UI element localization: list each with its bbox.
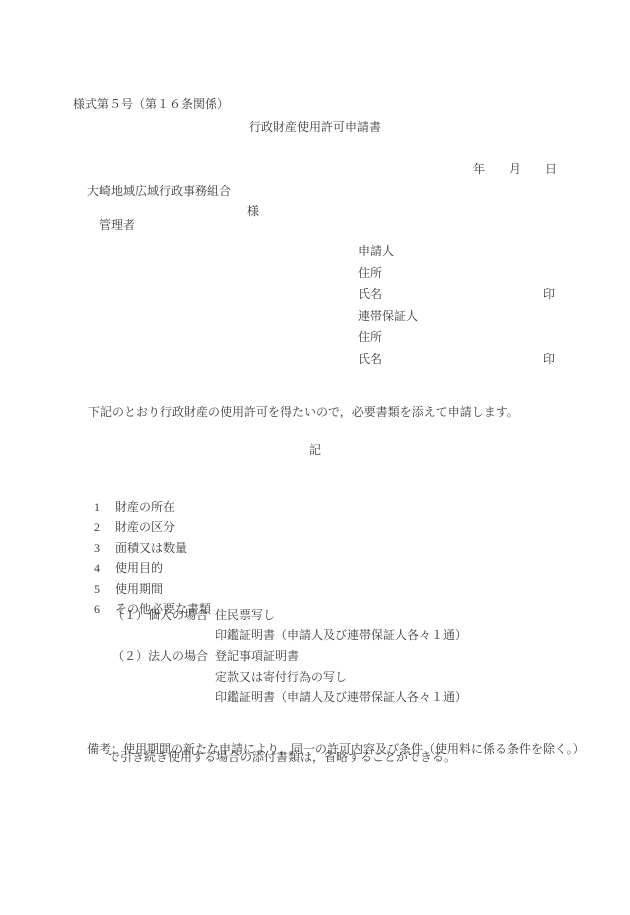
guarantor-seal-mark: 印 <box>543 352 555 366</box>
addressee-organization: 大崎地域広域行政事務組合 <box>87 184 231 198</box>
addressee-line: 管理者 様 <box>87 204 337 260</box>
guarantor-name-label: 氏名 <box>358 352 382 366</box>
date-line: 年 月 日 <box>473 162 557 176</box>
guarantor-label: 連帯保証人 <box>358 309 418 323</box>
applicant-name-label: 氏名 <box>358 287 382 301</box>
addressee-role: 管理者 <box>99 218 135 232</box>
attachment-doc: 住民票写し <box>215 608 275 622</box>
remarks-line-2: で引き続き使用する場合の添付書類は，省略することができる。 <box>108 750 456 764</box>
guarantor-address-label: 住所 <box>358 330 382 344</box>
addressee-honorific: 様 <box>247 204 259 218</box>
attachment-corporate-label: （２）法人の場合 <box>112 649 208 663</box>
applicant-address-label: 住所 <box>358 266 382 280</box>
attachment-doc: 印鑑証明書（申請人及び連帯保証人各々１通） <box>215 690 467 704</box>
application-form-page: 様式第５号（第１６条関係） 行政財産使用許可申請書 年 月 日 大崎地域広域行政… <box>0 0 630 915</box>
attachment-doc: 印鑑証明書（申請人及び連帯保証人各々１通） <box>215 628 467 642</box>
applicant-seal-mark: 印 <box>543 287 555 301</box>
form-number: 様式第５号（第１６条関係） <box>73 97 229 111</box>
attachment-doc: 登記事項証明書 <box>215 649 299 663</box>
attachment-doc: 定款又は寄付行為の写し <box>215 670 347 684</box>
attachment-individual-label: （１）個人の場合 <box>112 608 208 622</box>
body-text: 下記のとおり行政財産の使用許可を得たいので，必要書類を添えて申請します。 <box>88 405 519 419</box>
document-title: 行政財産使用許可申請書 <box>0 120 630 134</box>
applicant-label: 申請人 <box>358 244 394 258</box>
section-marker-ki: 記 <box>0 443 630 457</box>
